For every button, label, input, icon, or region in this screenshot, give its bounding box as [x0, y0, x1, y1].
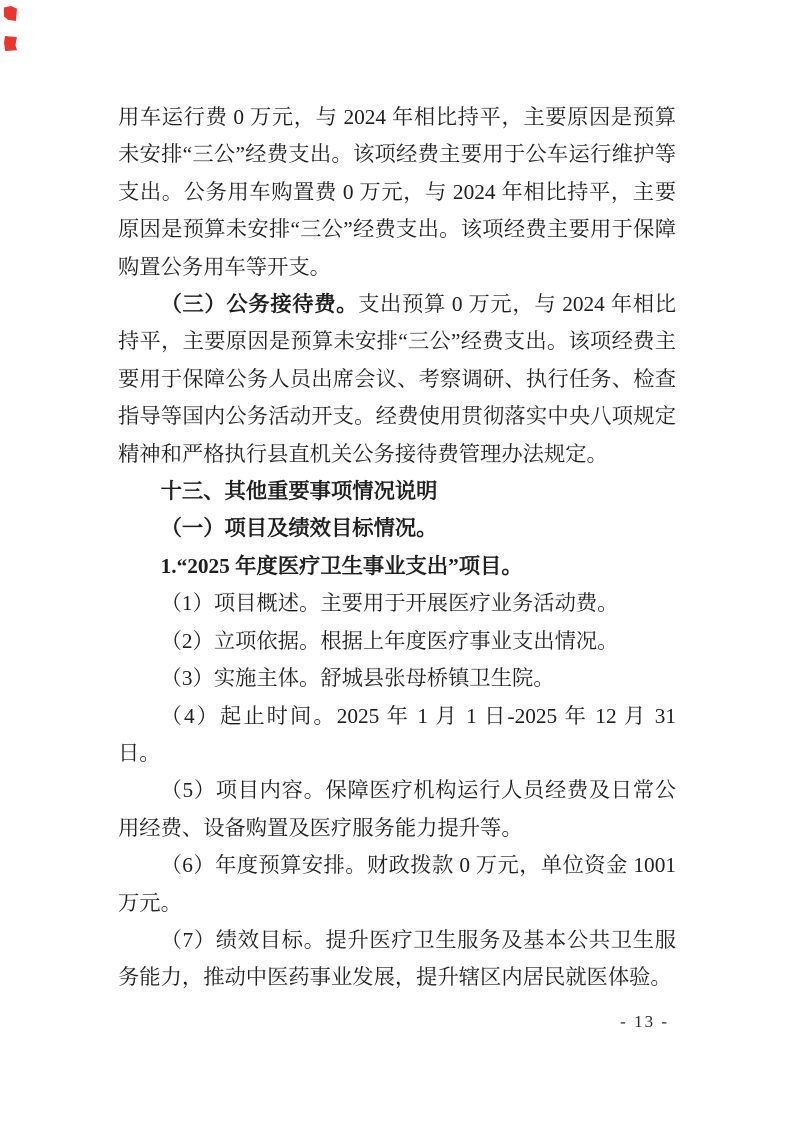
document-page: 用车运行费 0 万元，与 2024 年相比持平，主要原因是预算未安排“三公”经费…	[0, 0, 793, 1122]
project-item-budget: （6）年度预算安排。财政拨款 0 万元，单位资金 1001 万元。	[118, 847, 676, 922]
page-number: - 13 -	[0, 1012, 793, 1032]
section-heading-other-important-matters: 十三、其他重要事项情况说明	[118, 473, 676, 510]
paragraph-official-reception-lead: （三）公务接待费。	[161, 292, 359, 316]
red-stamp-fragment-icon	[4, 36, 17, 51]
paragraph-official-reception-text: 支出预算 0 万元，与 2024 年相比持平，主要原因是预算未安排“三公”经费支…	[118, 292, 676, 466]
project-item-implementer: （3）实施主体。舒城县张母桥镇卫生院。	[118, 660, 676, 697]
project-item-content: （5）项目内容。保障医疗机构运行人员经费及日常公用经费、设备购置及医疗服务能力提…	[118, 772, 676, 847]
red-stamp-fragment-icon	[4, 6, 17, 21]
paragraph-official-reception: （三）公务接待费。支出预算 0 万元，与 2024 年相比持平，主要原因是预算未…	[118, 286, 676, 473]
subsection-heading-project-performance: （一）项目及绩效目标情况。	[118, 510, 676, 547]
project-title-heading: 1.“2025 年度医疗卫生事业支出”项目。	[118, 548, 676, 585]
project-item-duration: （4）起止时间。2025 年 1 月 1 日-2025 年 12 月 31 日。	[118, 698, 676, 773]
project-item-performance-goal: （7）绩效目标。提升医疗卫生服务及基本公共卫生服务能力，推动中医药事业发展，提升…	[118, 922, 676, 997]
project-item-overview: （1）项目概述。主要用于开展医疗业务活动费。	[118, 585, 676, 622]
project-item-basis: （2）立项依据。根据上年度医疗事业支出情况。	[118, 623, 676, 660]
document-body: 用车运行费 0 万元，与 2024 年相比持平，主要原因是预算未安排“三公”经费…	[118, 99, 676, 997]
paragraph-vehicle-expense-carryover: 用车运行费 0 万元，与 2024 年相比持平，主要原因是预算未安排“三公”经费…	[118, 99, 676, 286]
